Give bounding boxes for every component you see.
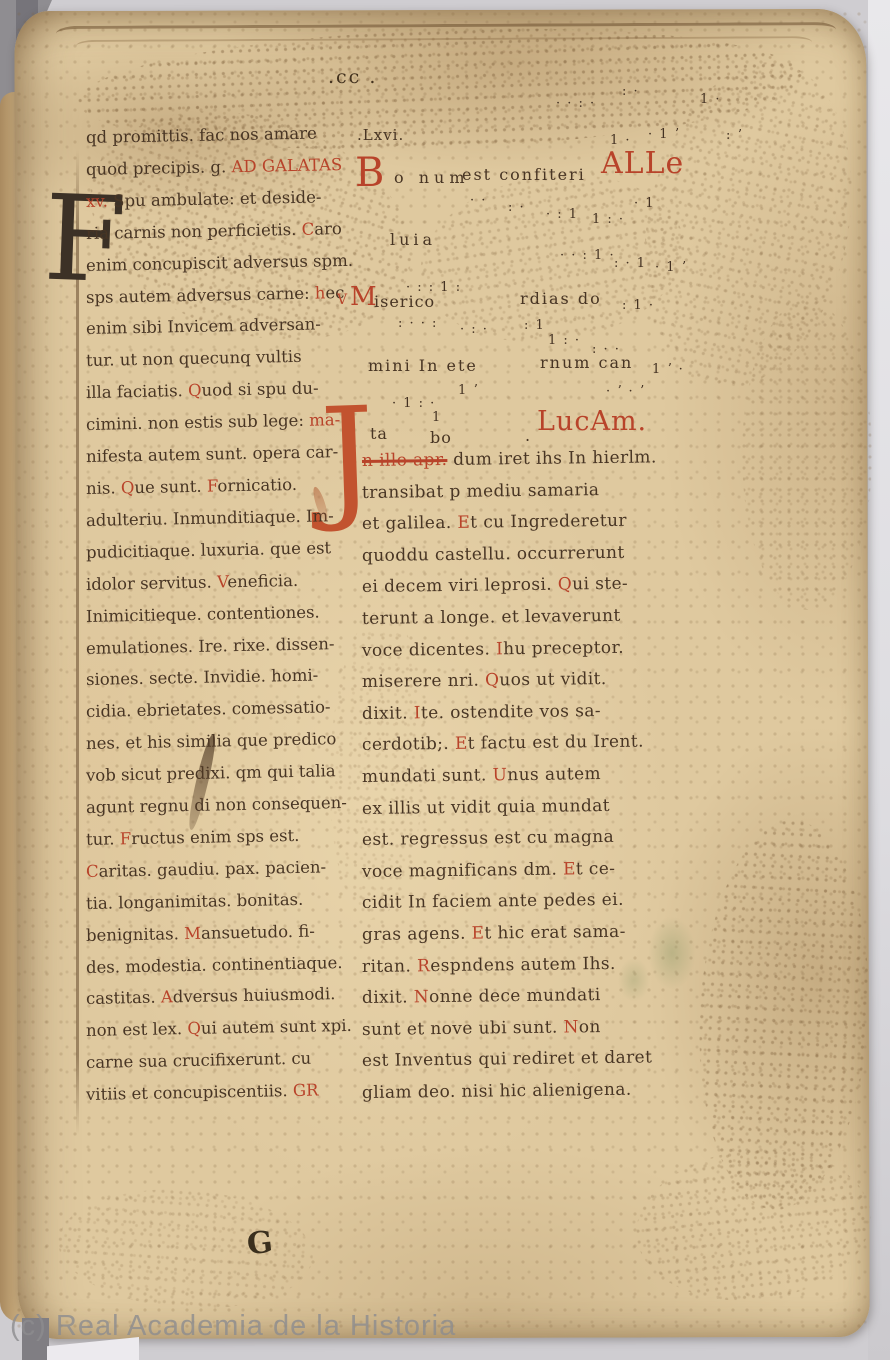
rubric-segment: F <box>120 829 132 848</box>
neume-cluster: · 1 ʼ <box>648 127 680 142</box>
text-segment: t factu est du Irent. <box>468 732 644 754</box>
text-segment: ructus enim sps est. <box>131 826 299 848</box>
text-segment: ui ste- <box>572 574 628 595</box>
manuscript-line: mundati sunt. Unus autem <box>362 758 698 794</box>
manuscript-line: ei decem viri leprosi. Qui ste- <box>362 568 698 604</box>
text-segment: adulteriu. Inmunditiaque. Im- <box>86 506 334 530</box>
text-segment: cidit In faciem ante pedes ei. <box>362 890 624 913</box>
chant-rubric: LucAm. <box>537 406 647 437</box>
rubric-segment: n illo apr. <box>362 450 448 471</box>
copyright-watermark: (c) Real Academia de la Historia <box>10 1310 456 1343</box>
chant-text: .Lxvi. <box>357 126 404 144</box>
chant-rubric: V <box>337 292 347 308</box>
text-segment: quoddu castellu. occurrerunt <box>362 543 625 566</box>
text-segment: illa faciatis. <box>86 381 188 402</box>
text-segment: mundati sunt. <box>362 765 493 787</box>
text-segment: cidia. ebrietates. comessatio- <box>86 698 331 722</box>
text-segment: te. ostendite vos sa- <box>421 701 601 723</box>
manuscript-line: nifesta autem sunt. opera car- <box>86 436 363 473</box>
neume-cluster: 1 : · <box>592 212 625 227</box>
manuscript-line: Inimicitieque. contentiones. <box>86 595 363 632</box>
manuscript-line: enim concupiscit adversus spm. <box>86 244 363 281</box>
text-segment: espndens autem Ihs. <box>430 953 616 975</box>
rubric-segment: C <box>86 862 99 881</box>
text-segment: onne dece mundati <box>429 985 601 1007</box>
manuscript-line: qd promittis. fac nos amare <box>86 117 363 154</box>
neume-cluster: : · 1 <box>614 256 647 271</box>
text-segment: carne sua crucifixerunt. cu <box>86 1049 312 1072</box>
text-segment: ui autem sunt xpi. <box>201 1016 352 1038</box>
neume-cluster: 1 ʼ · <box>652 362 684 377</box>
text-segment: ex illis ut vidit quia mundat <box>362 796 610 819</box>
manuscript-line: idolor servitus. Veneficia. <box>86 563 363 600</box>
neume-cluster: : · <box>508 200 525 215</box>
neume-cluster: · · : · <box>556 96 596 111</box>
manuscript-line: ria carnis non perficietis. Caro <box>86 212 363 249</box>
manuscript-line: sunt et nove ubi sunt. Non <box>362 1011 698 1047</box>
rubric-segment: E <box>472 923 485 943</box>
stain-band <box>742 300 872 610</box>
text-segment: benignitas. <box>86 924 184 945</box>
text-segment: t cu Ingrederetur <box>470 511 627 533</box>
text-segment: aro <box>314 219 342 239</box>
neume-cluster: 1 ʼ <box>458 383 479 398</box>
neume-cluster: : · · <box>592 342 620 357</box>
text-segment: des. modestia. continentiaque. <box>86 953 343 977</box>
text-segment: siones. secte. Invidie. homi- <box>86 666 319 689</box>
neume-cluster: : · · : <box>398 316 438 331</box>
manuscript-line: xv. Spu ambulate: et deside- <box>86 181 363 218</box>
text-segment: emulationes. Ire. rixe. dissen- <box>86 634 335 658</box>
text-segment: ritan. <box>362 956 417 977</box>
text-segment: ornicatio. <box>217 475 297 496</box>
text-segment: transibat p mediu samaria <box>362 480 600 503</box>
chant-rubric: M <box>350 282 377 312</box>
manuscript-line: cerdotib;. Et factu est du Irent. <box>362 726 698 762</box>
text-segment: gliam deo. nisi hic alienigena. <box>362 1080 632 1103</box>
text-segment: nis. <box>86 478 121 498</box>
manuscript-line: terunt a longe. et levaverunt <box>362 600 698 636</box>
text-segment: dum iret ihs In hierlm. <box>447 447 657 470</box>
chant-text: rdias do <box>520 289 602 308</box>
text-segment: Inimicitieque. contentiones. <box>86 602 320 625</box>
manuscript-line: vob sicut predixi. qm qui talia <box>86 755 363 792</box>
manuscript-line: gliam deo. nisi hic alienigena. <box>362 1074 698 1110</box>
rubric-segment: R <box>417 956 430 976</box>
text-segment: est Inventus qui rediret et daret <box>362 1048 653 1072</box>
manuscript-line: cimini. non estis sub lege: ma- <box>86 404 363 441</box>
neume-cluster: · · <box>470 193 487 208</box>
chant-text: o num <box>394 168 470 187</box>
text-segment: uos ut vidit. <box>499 669 607 690</box>
text-segment: quod precipis. g. <box>86 157 232 179</box>
manuscript-line: dixit. Nonne dece mundati <box>362 979 698 1015</box>
text-segment: ue sunt. <box>134 477 207 497</box>
manuscript-line: benignitas. Mansuetudo. fi- <box>86 914 363 951</box>
manuscript-line: dixit. Ite. ostendite vos sa- <box>362 695 698 731</box>
text-segment: eneficia. <box>227 571 298 591</box>
neume-cluster: 1 <box>432 410 442 425</box>
rubric-segment: N <box>563 1017 579 1037</box>
rubric-segment: Q <box>558 575 573 595</box>
manuscript-line: miserere nri. Quos ut vidit. <box>362 663 698 699</box>
text-segment: qd promittis. fac nos amare <box>86 124 317 147</box>
manuscript-line: quoddu castellu. occurrerunt <box>362 537 698 573</box>
text-segment: et galilea. <box>362 513 458 534</box>
chant-text: ta <box>370 424 388 443</box>
text-segment: sunt et nove ubi sunt. <box>362 1017 564 1039</box>
manuscript-line: est Inventus qui rediret et daret <box>362 1042 698 1078</box>
text-segment: gras agens. <box>362 924 472 945</box>
chant-text: mini In ete <box>368 356 478 375</box>
text-segment: cimini. non estis sub lege: <box>86 411 310 434</box>
manuscript-line: quod precipis. g. AD GALATAS <box>86 149 363 186</box>
rubric-segment: E <box>563 859 576 879</box>
text-segment: ansuetudo. fi- <box>201 921 315 942</box>
rubric-segment: xv. <box>86 191 114 211</box>
text-segment: dixit. <box>362 987 414 1008</box>
rubric-segment: Q <box>188 381 202 400</box>
rubric-segment: U <box>492 765 507 785</box>
text-segment: ei decem viri leprosi. <box>362 575 558 597</box>
text-segment: on <box>579 1017 601 1037</box>
manuscript-line: transibat p mediu samaria <box>362 473 698 509</box>
text-segment: agunt regnu di non consequen- <box>86 793 347 817</box>
neume-cluster: · ʼ · ʼ <box>606 384 645 399</box>
neume-cluster: : 1 <box>524 318 545 333</box>
manuscript-line: ex illis ut vidit quia mundat <box>362 789 698 825</box>
neume-cluster: · 1 : · <box>392 396 436 411</box>
manuscript-line: gras agens. Et hic erat sama- <box>362 916 698 952</box>
text-segment: tur. <box>86 829 120 849</box>
folio-number: .cc . <box>328 66 377 88</box>
text-segment: terunt a longe. et levaverunt <box>362 606 621 629</box>
text-segment: hu preceptor. <box>503 637 624 658</box>
manuscript-line: tia. longanimitas. bonitas. <box>86 882 363 919</box>
epistle-text-column: qd promittis. fac nos amarequod precipis… <box>86 122 362 1111</box>
rubric-segment: Q <box>187 1019 201 1038</box>
neume-cluster: · : · <box>460 322 488 337</box>
photo-background-right <box>868 0 890 1360</box>
rubric-segment: M <box>184 923 201 942</box>
manuscript-line: ritan. Respndens autem Ihs. <box>362 947 698 983</box>
manuscript-line: Caritas. gaudiu. pax. pacien- <box>86 851 363 888</box>
text-segment: t hic erat sama- <box>484 922 626 944</box>
neume-cluster: · : : 1 : <box>406 280 462 295</box>
manuscript-line: vitiis et concupiscentiis. GR <box>86 1074 363 1111</box>
text-segment: castitas. <box>86 988 161 1008</box>
text-segment: t ce- <box>576 859 616 879</box>
manuscript-line: pudicitiaque. luxuria. que est <box>86 531 363 568</box>
text-segment: vitiis et concupiscentiis. <box>86 1081 293 1104</box>
manuscript-line: voce dicentes. Ihu preceptor. <box>362 631 698 667</box>
text-segment: Spu ambulate: et deside- <box>113 187 322 210</box>
text-segment: aritas. gaudiu. pax. pacien- <box>98 857 326 880</box>
chant-text: . <box>525 426 530 445</box>
manuscript-line: voce magnificans dm. Et ce- <box>362 853 698 889</box>
manuscript-line: tur. Fructus enim sps est. <box>86 819 363 856</box>
chant-text: bo <box>430 428 452 447</box>
quire-signature: G <box>245 1225 274 1262</box>
manuscript-line: n illo apr. dum iret ihs In hierlm. <box>362 442 698 478</box>
neume-cluster: · · : 1 · <box>560 248 615 263</box>
neume-cluster: 1 : · <box>548 333 581 348</box>
text-segment: cerdotib;. <box>362 734 455 755</box>
text-segment: est. regressus est cu magna <box>362 827 614 850</box>
rubric-segment: E <box>455 734 468 754</box>
neume-cluster: · 1 ʼ <box>655 260 687 275</box>
rubric-segment: AD GALATAS <box>231 155 342 176</box>
manuscript-line: agunt regnu di non consequen- <box>86 787 363 824</box>
neume-cluster: : 1 · <box>622 298 655 313</box>
text-segment: idolor servitus. <box>86 572 217 594</box>
text-segment: voce dicentes. <box>362 639 496 661</box>
rubric-segment: C <box>301 219 314 238</box>
chant-rubric: B <box>355 150 384 196</box>
rubric-segment: ma- <box>309 410 340 430</box>
chant-rubric: ALLe <box>601 146 684 181</box>
text-segment: tia. longanimitas. bonitas. <box>86 890 304 913</box>
neume-cluster: · 1 <box>634 196 655 211</box>
text-segment: enim concupiscit adversus spm. <box>86 251 353 275</box>
neume-cluster: · : 1 <box>546 207 579 222</box>
manuscript-line: et galilea. Et cu Ingrederetur <box>362 505 698 541</box>
neume-cluster: 1 · <box>700 92 721 107</box>
text-segment: nus autem <box>507 764 601 785</box>
text-segment: nifesta autem sunt. opera car- <box>86 442 339 466</box>
rubric-segment: Q <box>485 670 500 690</box>
neume-cluster: : · <box>622 84 639 99</box>
manuscript-line: est. regressus est cu magna <box>362 821 698 857</box>
rubric-segment: GR <box>293 1081 319 1100</box>
rubric-segment: A <box>161 988 173 1007</box>
text-segment: miserere nri. <box>362 671 485 693</box>
manuscript-line: cidit In faciem ante pedes ei. <box>362 884 698 920</box>
rubric-segment: E <box>457 513 470 533</box>
text-segment: dversus huiusmodi. <box>173 985 336 1007</box>
text-segment: uod si spu du- <box>201 379 318 400</box>
text-segment: enim sibi Invicem adversan- <box>86 315 321 339</box>
text-segment: tur. ut non quecunq vultis <box>86 347 302 370</box>
text-segment: pudicitiaque. luxuria. que est <box>86 538 331 562</box>
chant-text: est confiteri <box>462 165 586 184</box>
neume-cluster: : ʼ <box>726 128 743 143</box>
text-segment: non est lex. <box>86 1019 188 1040</box>
text-segment: sps autem adversus carne: <box>86 283 315 306</box>
text-segment: voce magnificans dm. <box>362 859 563 881</box>
text-segment: dixit. <box>362 703 414 724</box>
text-segment: ria carnis non perficietis. <box>86 220 302 243</box>
rubric-segment: N <box>414 987 430 1007</box>
neume-cluster: 1 · <box>610 133 631 148</box>
gospel-text-column: n illo apr. dum iret ihs In hierlm.trans… <box>362 446 698 1109</box>
rubric-segment: Q <box>121 478 135 497</box>
chant-text: luia <box>390 230 436 249</box>
